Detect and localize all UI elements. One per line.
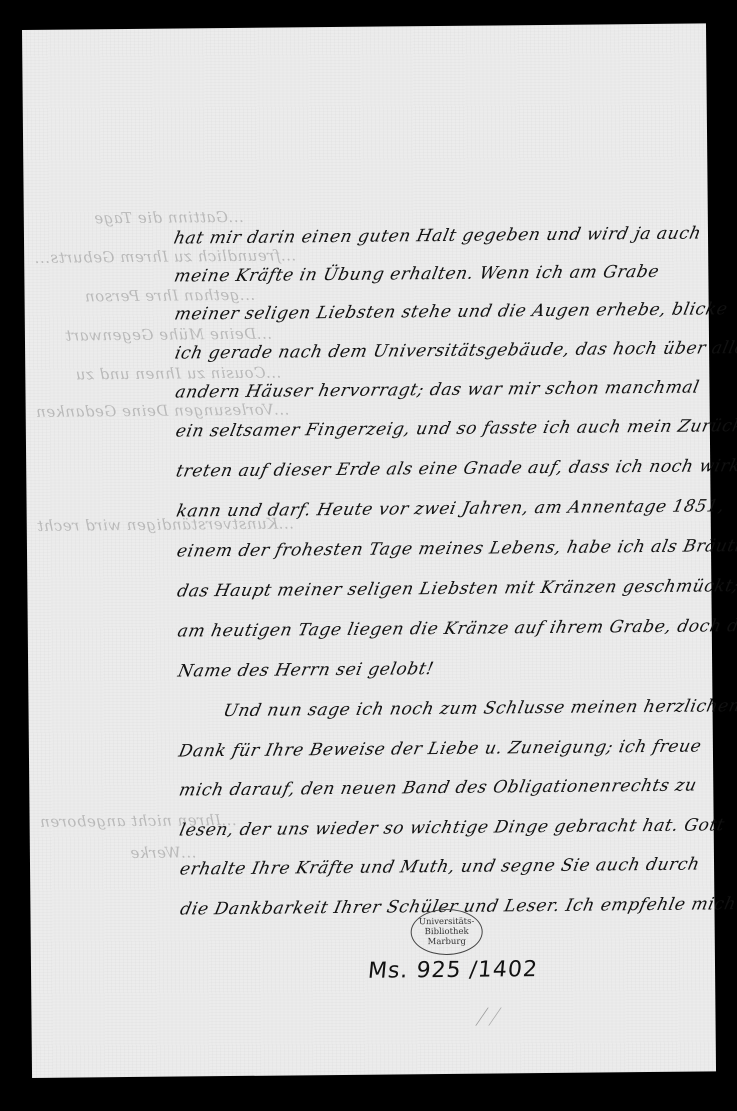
text-line: Dank für Ihre Beweise der Liebe u. Zunei… <box>177 736 703 761</box>
text-line: einem der frohesten Tage meines Lebens, … <box>175 536 737 562</box>
text-line: meiner seligen Liebsten stehe und die Au… <box>173 299 730 324</box>
text-line: kann und darf. Heute vor zwei Jahren, am… <box>175 496 727 521</box>
bleed-through-text: ...freundlich zu Ihrem Geburts... <box>34 246 296 267</box>
manuscript-page: ...Gattinn die Tage ...freundlich zu Ihr… <box>22 23 716 1078</box>
stamp-line: Universitäts- <box>419 917 475 928</box>
text-line: lesen, der uns wieder so wichtige Dinge … <box>178 815 727 840</box>
text-line: Und nun sage ich noch zum Schlusse meine… <box>222 696 737 721</box>
bleed-through-text: ...Cousin zu Ihnen und zu <box>75 364 281 384</box>
text-line: ich gerade nach dem Universitätsgebäude,… <box>173 338 737 364</box>
text-line: am heutigen Tage liegen die Kränze auf i… <box>176 616 737 642</box>
text-line: meine Kräfte in Übung erhalten. Wenn ich… <box>172 262 661 287</box>
stamp-line: Bibliothek <box>425 927 469 937</box>
pencil-mark <box>475 1007 501 1025</box>
bleed-through-text: ...Vorlesungen Deine Gedanken <box>36 400 290 420</box>
bleed-through-text: ...gethan Ihre Person <box>84 286 255 306</box>
text-line: Name des Herrn sei gelobt! <box>176 659 436 681</box>
stamp-line: Marburg <box>428 937 466 947</box>
text-line: andern Häuser hervorragt; das war mir sc… <box>173 377 701 402</box>
text-line: hat mir darin einen guten Halt gegeben u… <box>172 223 703 248</box>
text-line: erhalte Ihre Kräfte und Muth, und segne … <box>178 855 702 880</box>
text-line: ein seltsamer Fingerzeig, und so fasste … <box>174 416 737 442</box>
bleed-through-text: ...Deine Mühe Gegenwart <box>65 325 272 345</box>
text-line: mich darauf, den neuen Band des Obligati… <box>177 776 698 801</box>
text-line: das Haupt meiner seligen Liebsten mit Kr… <box>175 576 737 601</box>
bleed-through-text: ...Gattinn die Tage <box>94 208 244 227</box>
handwritten-body: hat mir darin einen guten Halt gegeben u… <box>22 23 706 30</box>
shelfmark: Ms. 925 /1402 <box>367 957 539 984</box>
library-stamp: Universitäts- Bibliothek Marburg <box>410 909 482 956</box>
text-line: treten auf dieser Erde als eine Gnade au… <box>174 456 737 482</box>
